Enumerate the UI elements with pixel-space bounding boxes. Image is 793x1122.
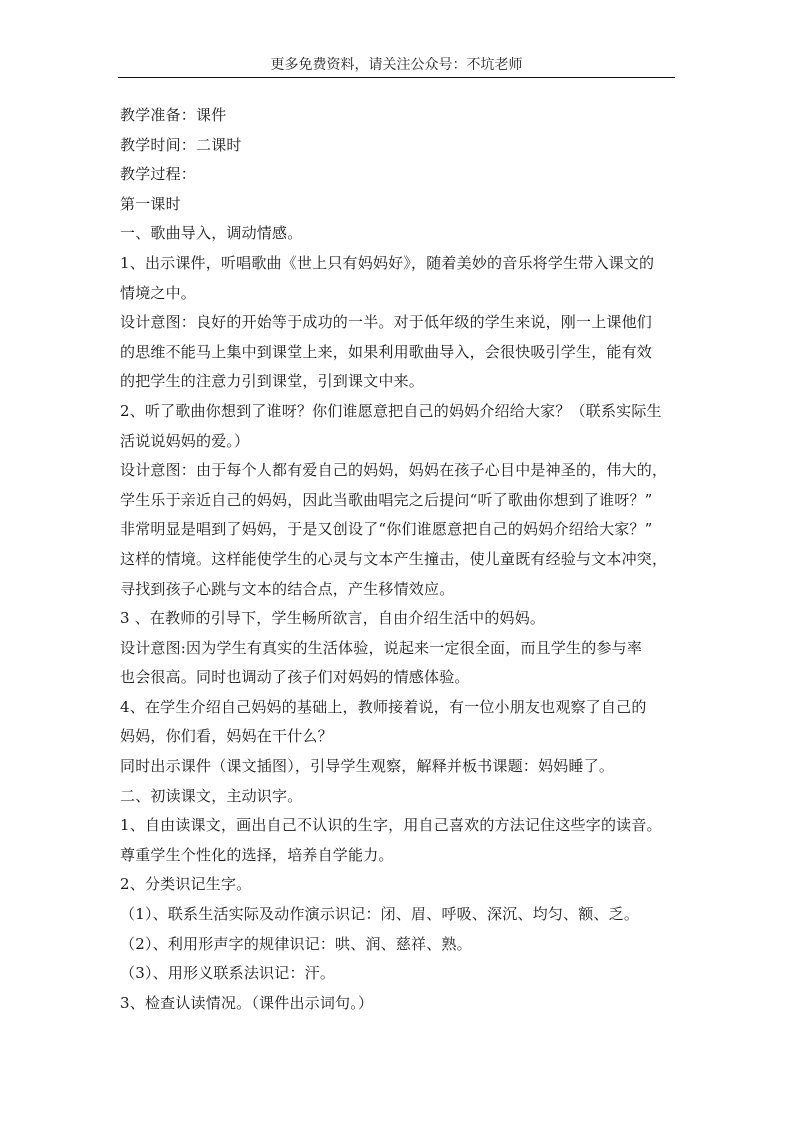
header-divider <box>118 77 675 78</box>
section-two-heading: 二、初读课文，主动识字。 <box>120 782 676 812</box>
paragraph-line: 也会很高。同时也调动了孩子们对妈妈的情感体验。 <box>120 663 676 693</box>
paragraph-line: 这样的情境。这样能使学生的心灵与文本产生撞击，使儿童既有经验与文本冲突， <box>120 545 676 575</box>
paragraph-line: 2、听了歌曲你想到了谁呀？你们谁愿意把自己的妈妈介绍给大家？（联系实际生 <box>120 397 676 427</box>
paragraph-line: 情境之中。 <box>120 279 676 309</box>
paragraph-line: 设计意图：良好的开始等于成功的一半。对于低年级的学生来说，刚一上课他们 <box>120 308 676 338</box>
time-line: 教学时间：二课时 <box>120 131 676 161</box>
paragraph-line: 2、分类识记生字。 <box>120 870 676 900</box>
paragraph-line: 同时出示课件（课文插图），引导学生观察，解释并板书课题：妈妈睡了。 <box>120 752 676 782</box>
paragraph-line: 非常明显是唱到了妈妈，于是又创设了“你们谁愿意把自己的妈妈介绍给大家？” <box>120 515 676 545</box>
paragraph-line: 学生乐于亲近自己的妈妈，因此当歌曲唱完之后提问“听了歌曲你想到了谁呀？” <box>120 486 676 516</box>
paragraph-line: 设计意图:因为学生有真实的生活体验，说起来一定很全面，而且学生的参与率 <box>120 634 676 664</box>
page-header: 更多免费资料，请关注公众号：不坑老师 <box>118 55 675 75</box>
section-one-heading: 一、歌曲导入，调动情感。 <box>120 219 676 249</box>
sub-item-line: （1）、联系生活实际及动作演示识记：闭、眉、呼吸、深沉、均匀、额、乏。 <box>120 900 676 930</box>
lesson-one-heading: 第一课时 <box>120 190 676 220</box>
sub-item-line: （2）、利用形声字的规律识记：哄、润、慈祥、熟。 <box>120 930 676 960</box>
paragraph-line: 寻找到孩子心跳与文本的结合点，产生移情效应。 <box>120 575 676 605</box>
process-heading: 教学过程： <box>120 160 676 190</box>
paragraph-line: 3、检查认读情况。（课件出示词句。） <box>120 989 676 1019</box>
document-body: 教学准备：课件 教学时间：二课时 教学过程： 第一课时 一、歌曲导入，调动情感。… <box>120 101 676 1018</box>
paragraph-line: 3 、在教师的引导下，学生畅所欲言，自由介绍生活中的妈妈。 <box>120 604 676 634</box>
paragraph-line: 1、出示课件，听唱歌曲《世上只有妈妈好》，随着美妙的音乐将学生带入课文的 <box>120 249 676 279</box>
paragraph-line: 的把学生的注意力引到课堂，引到课文中来。 <box>120 367 676 397</box>
sub-item-line: （3）、用形义联系法识记：汗。 <box>120 959 676 989</box>
paragraph-line: 4、在学生介绍自己妈妈的基础上，教师接着说，有一位小朋友也观察了自己的 <box>120 693 676 723</box>
paragraph-line: 1、自由读课文，画出自己不认识的生字，用自己喜欢的方法记住这些字的读音。 <box>120 811 676 841</box>
paragraph-line: 活说说妈妈的爱。） <box>120 427 676 457</box>
paragraph-line: 尊重学生个性化的选择，培养自学能力。 <box>120 841 676 871</box>
prep-line: 教学准备：课件 <box>120 101 676 131</box>
paragraph-line: 的思维不能马上集中到课堂上来，如果利用歌曲导入，会很快吸引学生，能有效 <box>120 338 676 368</box>
paragraph-line: 妈妈，你们看，妈妈在干什么？ <box>120 722 676 752</box>
paragraph-line: 设计意图：由于每个人都有爱自己的妈妈，妈妈在孩子心目中是神圣的，伟大的， <box>120 456 676 486</box>
